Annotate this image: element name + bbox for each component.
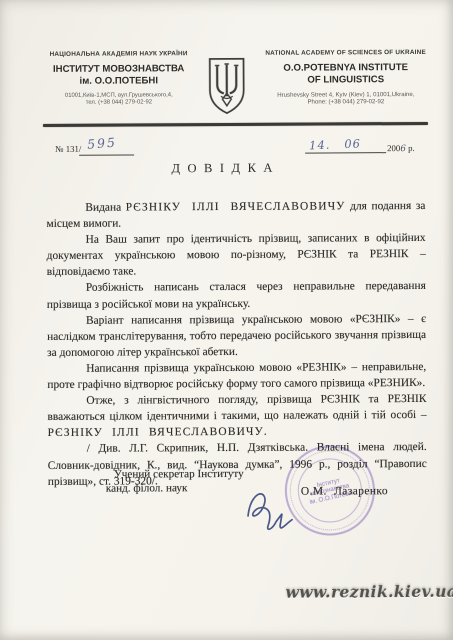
institute-name-en: O.O.POTEBNYA INSTITUTE OF LINGUISTICS <box>253 62 439 86</box>
document-body: Видана РЄЗНІКУ ІЛЛІ ВЯЧЕСЛАВОВИЧУ для по… <box>46 198 427 490</box>
address-en-line2: Phone: (+38 044) 279-02-92 <box>307 99 384 106</box>
body-paragraph: Розбіжність написань сталася через непра… <box>47 278 426 312</box>
handwritten-signature <box>242 486 302 538</box>
signatory-role-line1: Учений секретар Інституту <box>106 468 244 483</box>
body-paragraph: На Ваш запит про ідентичність прізвищ, з… <box>47 230 426 280</box>
body-paragraph: Отже, з лінгвістичного погляду, прізвища… <box>47 391 426 441</box>
institute-address-ua: 01001,Київ-1,МСП, вул.Грушевського,4, те… <box>41 92 197 108</box>
body-paragraph: Видана РЄЗНІКУ ІЛЛІ ВЯЧЕСЛАВОВИЧУ для по… <box>46 198 425 232</box>
institute-name-en-line2: OF LINGUISTICS <box>307 74 384 85</box>
academy-name-en: NATIONAL ACADEMY OF SCIENCES OF UKRAINE <box>253 49 439 57</box>
signatory-name: О.М. Лазаренко <box>301 485 388 497</box>
address-ua-line2: тел. (+38 044) 279-02-92 <box>86 100 152 106</box>
ukraine-trident-emblem-icon <box>205 56 249 116</box>
address-en-line1: Hrushevsky Street 4, Kyiv (Kiev) 1, 0100… <box>277 91 414 99</box>
date-underline <box>305 152 386 153</box>
date-year-suffix: р. <box>406 143 415 153</box>
header-left-block: НАЦІОНАЛЬНА АКАДЕМІЯ НАУК УКРАЇНИ ІНСТИТ… <box>41 50 197 108</box>
institute-name-ua-line2: ім. О.О.ПОТЕБНІ <box>79 75 158 86</box>
institute-name-ua-line1: ІНСТИТУТ МОВОЗНАВСТВА <box>53 63 184 75</box>
scanned-certificate-document: НАЦІОНАЛЬНА АКАДЕМІЯ НАУК УКРАЇНИ ІНСТИТ… <box>0 0 453 640</box>
body-paragraph: Написання прізвища українською мовою «РЕ… <box>47 359 426 393</box>
signatory-role: Учений секретар Інституту канд. філол. н… <box>106 468 244 496</box>
institute-name-ua: ІНСТИТУТ МОВОЗНАВСТВА ім. О.О.ПОТЕБНІ <box>41 63 197 87</box>
document-content: НАЦІОНАЛЬНА АКАДЕМІЯ НАУК УКРАЇНИ ІНСТИТ… <box>0 0 453 640</box>
date-year: 2006 р. <box>387 143 415 154</box>
document-title: ДОВІДКА <box>0 160 444 177</box>
reference-number-handwritten: 595 <box>87 135 118 152</box>
header-divider <box>43 122 428 127</box>
watermark-url: www.reznik.kiev.ua <box>285 582 453 602</box>
reference-number-printed: № 131/ <box>55 144 81 154</box>
date-handwritten: 14. 06 <box>309 136 361 152</box>
academy-name-ua: НАЦІОНАЛЬНА АКАДЕМІЯ НАУК УКРАЇНИ <box>41 50 197 58</box>
institute-name-en-line1: O.O.POTEBNYA INSTITUTE <box>283 62 408 74</box>
date-year-printed: 200 <box>387 143 400 153</box>
body-paragraph: Варіант написання прізвища українською м… <box>47 311 426 361</box>
institute-address-en: Hrushevsky Street 4, Kyiv (Kiev) 1, 0100… <box>253 91 439 107</box>
signatory-role-line2: канд. філол. наук <box>106 482 244 497</box>
reference-number-line <box>79 154 134 155</box>
header-right-block: NATIONAL ACADEMY OF SCIENCES OF UKRAINE … <box>253 49 439 107</box>
address-ua-line1: 01001,Київ-1,МСП, вул.Грушевського,4, <box>65 92 173 99</box>
